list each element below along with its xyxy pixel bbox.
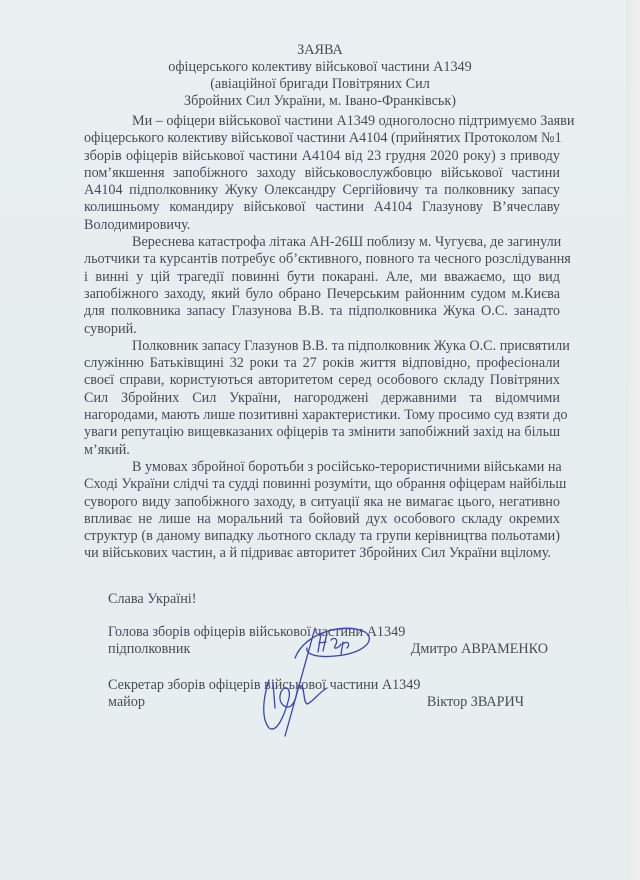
text-line: уваги репутацію вищевказаних офіцерів та…	[84, 424, 560, 441]
text-line: льотчики та курсантів потребує об’єктивн…	[84, 251, 560, 268]
text-line: нагородами, мають лише позитивні характе…	[84, 407, 560, 424]
text-line: Сході України слідчі та судді повинні ро…	[84, 476, 560, 493]
signatory-rank: майор	[108, 694, 145, 711]
text-line: для полковника запасу Глазунова В.В. та …	[84, 303, 560, 320]
signatory-rank: підполковник	[108, 641, 190, 658]
handwritten-signature-icon	[255, 618, 385, 738]
signatory-name: Віктор ЗВАРИЧ	[427, 694, 524, 711]
text-line: Сил Збройних Сил України, нагороджені де…	[84, 390, 560, 407]
text-line: суворий.	[84, 321, 560, 338]
text-line: Полковник запасу Глазунов В.В. та підпол…	[84, 338, 560, 355]
closing-salutation: Слава Україні!	[108, 591, 196, 608]
document-page: ЗАЯВА офіцерського колективу військової …	[0, 0, 640, 880]
subtitle-line: Збройних Сил України, м. Івано-Франківсь…	[0, 93, 640, 110]
text-line: структур (в даному випадку льотного скла…	[84, 528, 560, 545]
subtitle-line: офіцерського колективу військової частин…	[0, 59, 640, 76]
text-line: зборів офіцерів військової частини А4104…	[84, 148, 560, 165]
document-body: Ми – офіцери військової частини А1349 од…	[84, 113, 560, 563]
text-line: колишньому командиру військової частини …	[84, 199, 560, 216]
text-line: В умовах збройної боротьби з російсько-т…	[84, 459, 560, 476]
text-line: Ми – офіцери військової частини А1349 од…	[84, 113, 560, 130]
text-line: офіцерського колективу військової частин…	[84, 130, 560, 147]
text-line: запобіжного заходу, який було обрано Печ…	[84, 286, 560, 303]
text-line: Володимировичу.	[84, 217, 560, 234]
text-line: Вереснева катастрофа літака АН-26Ш побли…	[84, 234, 560, 251]
scan-edge	[626, 0, 640, 880]
paragraph: Вереснева катастрофа літака АН-26Ш побли…	[84, 234, 560, 338]
text-line: м’який.	[84, 442, 560, 459]
signatory-name: Дмитро АВРАМЕНКО	[411, 641, 548, 658]
text-line: служінню Батьківщині 32 роки та 27 років…	[84, 355, 560, 372]
document-header: ЗАЯВА офіцерського колективу військової …	[0, 42, 640, 110]
subtitle-line: (авіаційної бригади Повітряних Сил	[0, 76, 640, 93]
text-line: А4104 підполковнику Жуку Олександру Серг…	[84, 182, 560, 199]
paragraph: В умовах збройної боротьби з російсько-т…	[84, 459, 560, 563]
text-line: пом’якшення запобіжного заходу військово…	[84, 165, 560, 182]
text-line: і винні у цій трагедії повинні бути пока…	[84, 269, 560, 286]
text-line: своєї справи, користуються авторитетом с…	[84, 372, 560, 389]
paragraph: Ми – офіцери військової частини А1349 од…	[84, 113, 560, 234]
text-line: суворого виду запобіжного заходу, в ситу…	[84, 494, 560, 511]
document-title: ЗАЯВА	[0, 42, 640, 59]
text-line: чи військових частин, а й підриває автор…	[84, 545, 560, 562]
paragraph: Полковник запасу Глазунов В.В. та підпол…	[84, 338, 560, 459]
text-line: впливає не лише на моральний та бойовий …	[84, 511, 560, 528]
